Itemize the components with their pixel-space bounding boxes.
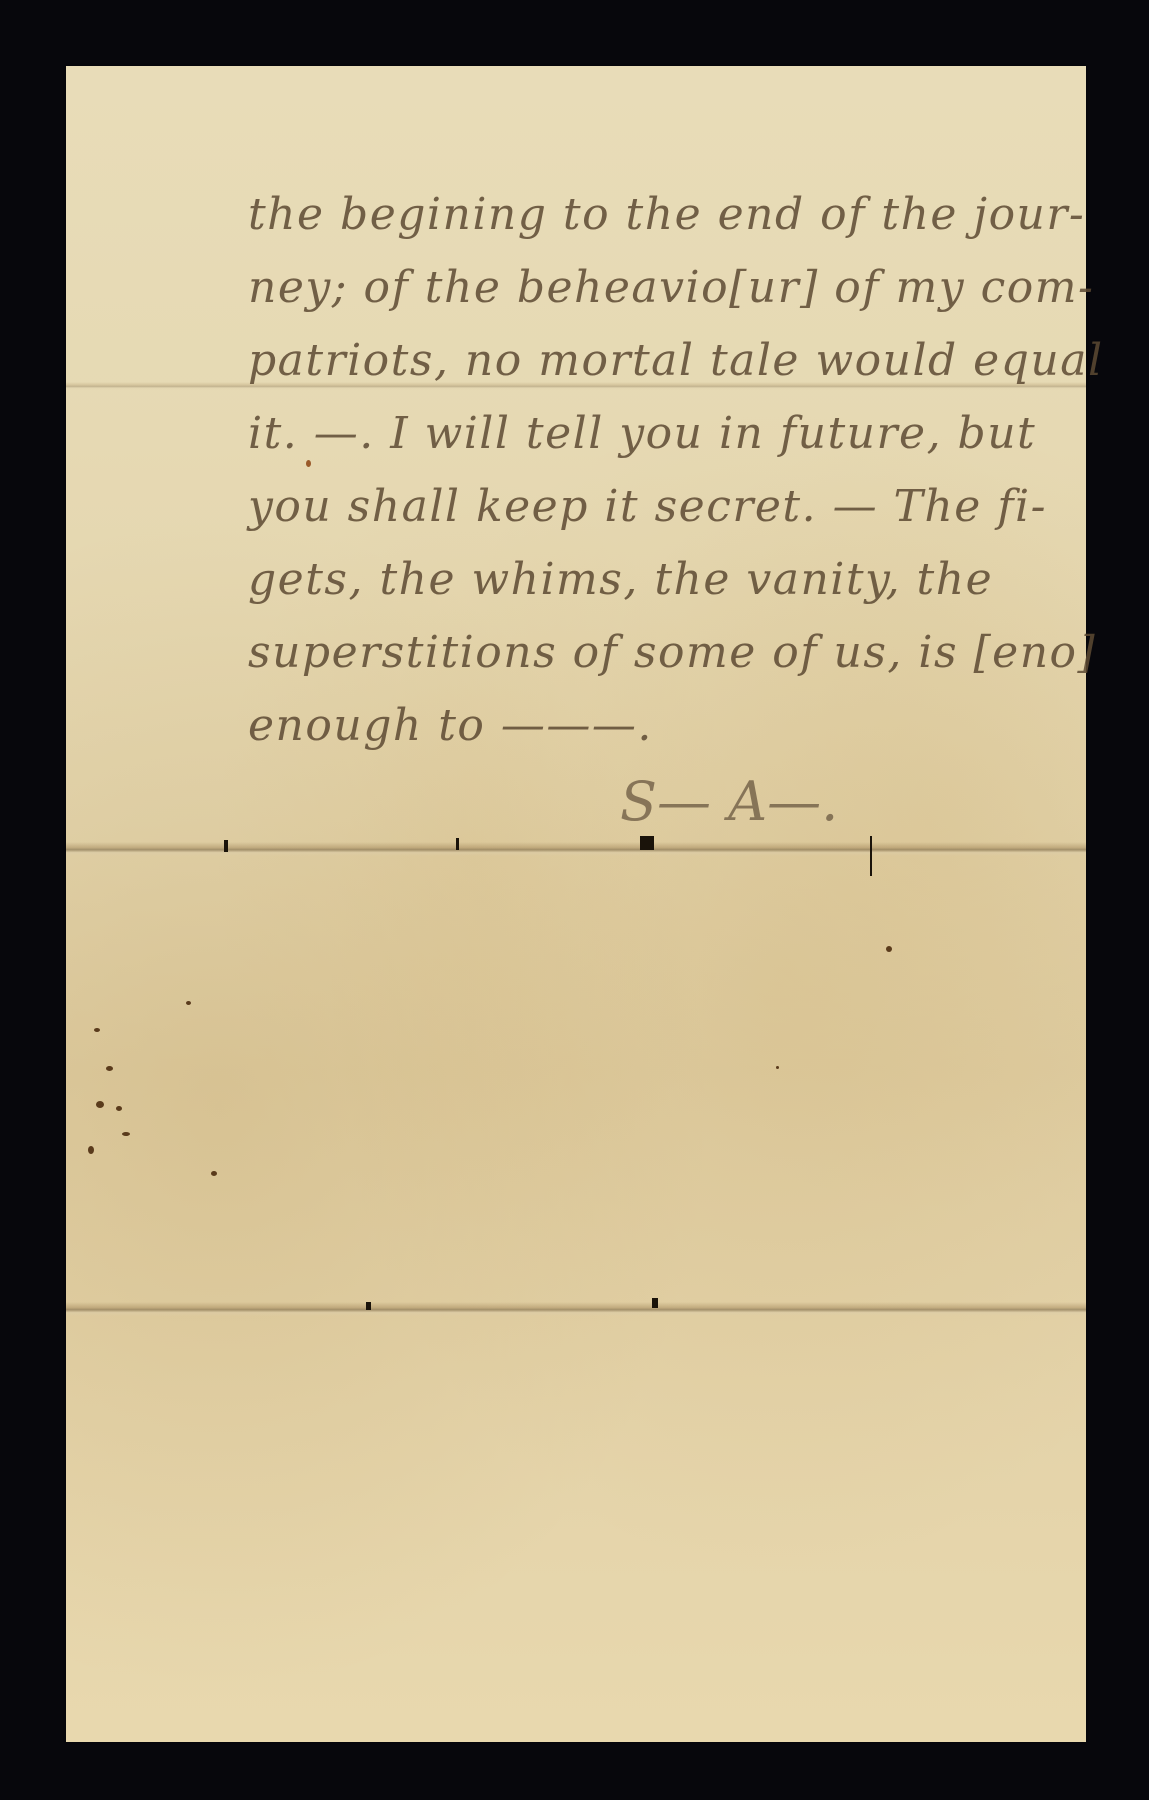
paper-tear bbox=[640, 836, 654, 850]
ink-speck bbox=[106, 1066, 113, 1071]
ink-speck bbox=[186, 1001, 191, 1005]
paper-tear bbox=[366, 1302, 371, 1310]
letter-line: enough to ———. bbox=[248, 689, 1078, 762]
fold-crease-lower bbox=[66, 1302, 1086, 1316]
letter-line: ney; of the beheavio[ur] of my com- bbox=[248, 251, 1078, 324]
ink-speck bbox=[122, 1132, 130, 1136]
letter-line: gets, the whims, the vanity, the bbox=[248, 543, 1078, 616]
paper-tear bbox=[456, 838, 459, 850]
letter-line: the begining to the end of the jour- bbox=[248, 178, 1078, 251]
signature: S— A—. bbox=[620, 770, 838, 833]
letter-line: superstitions of some of us, is [eno] bbox=[248, 616, 1078, 689]
ink-speck bbox=[116, 1106, 122, 1111]
letter-line: patriots, no mortal tale would equal bbox=[248, 324, 1078, 397]
letter-line: it. —. I will tell you in future, but bbox=[248, 397, 1078, 470]
paper-tear bbox=[224, 840, 228, 852]
letter-body: the begining to the end of the jour- ney… bbox=[248, 178, 1078, 762]
fold-crease-middle bbox=[66, 842, 1086, 856]
ink-speck bbox=[211, 1171, 217, 1176]
ink-speck bbox=[88, 1146, 94, 1154]
ink-speck bbox=[96, 1101, 104, 1108]
paper-tear bbox=[652, 1298, 658, 1308]
ink-speck bbox=[94, 1028, 100, 1032]
ink-speck bbox=[886, 946, 892, 952]
paper-tear bbox=[870, 836, 872, 876]
ink-speck bbox=[776, 1066, 779, 1069]
letter-line: you shall keep it secret. — The fi- bbox=[248, 470, 1078, 543]
